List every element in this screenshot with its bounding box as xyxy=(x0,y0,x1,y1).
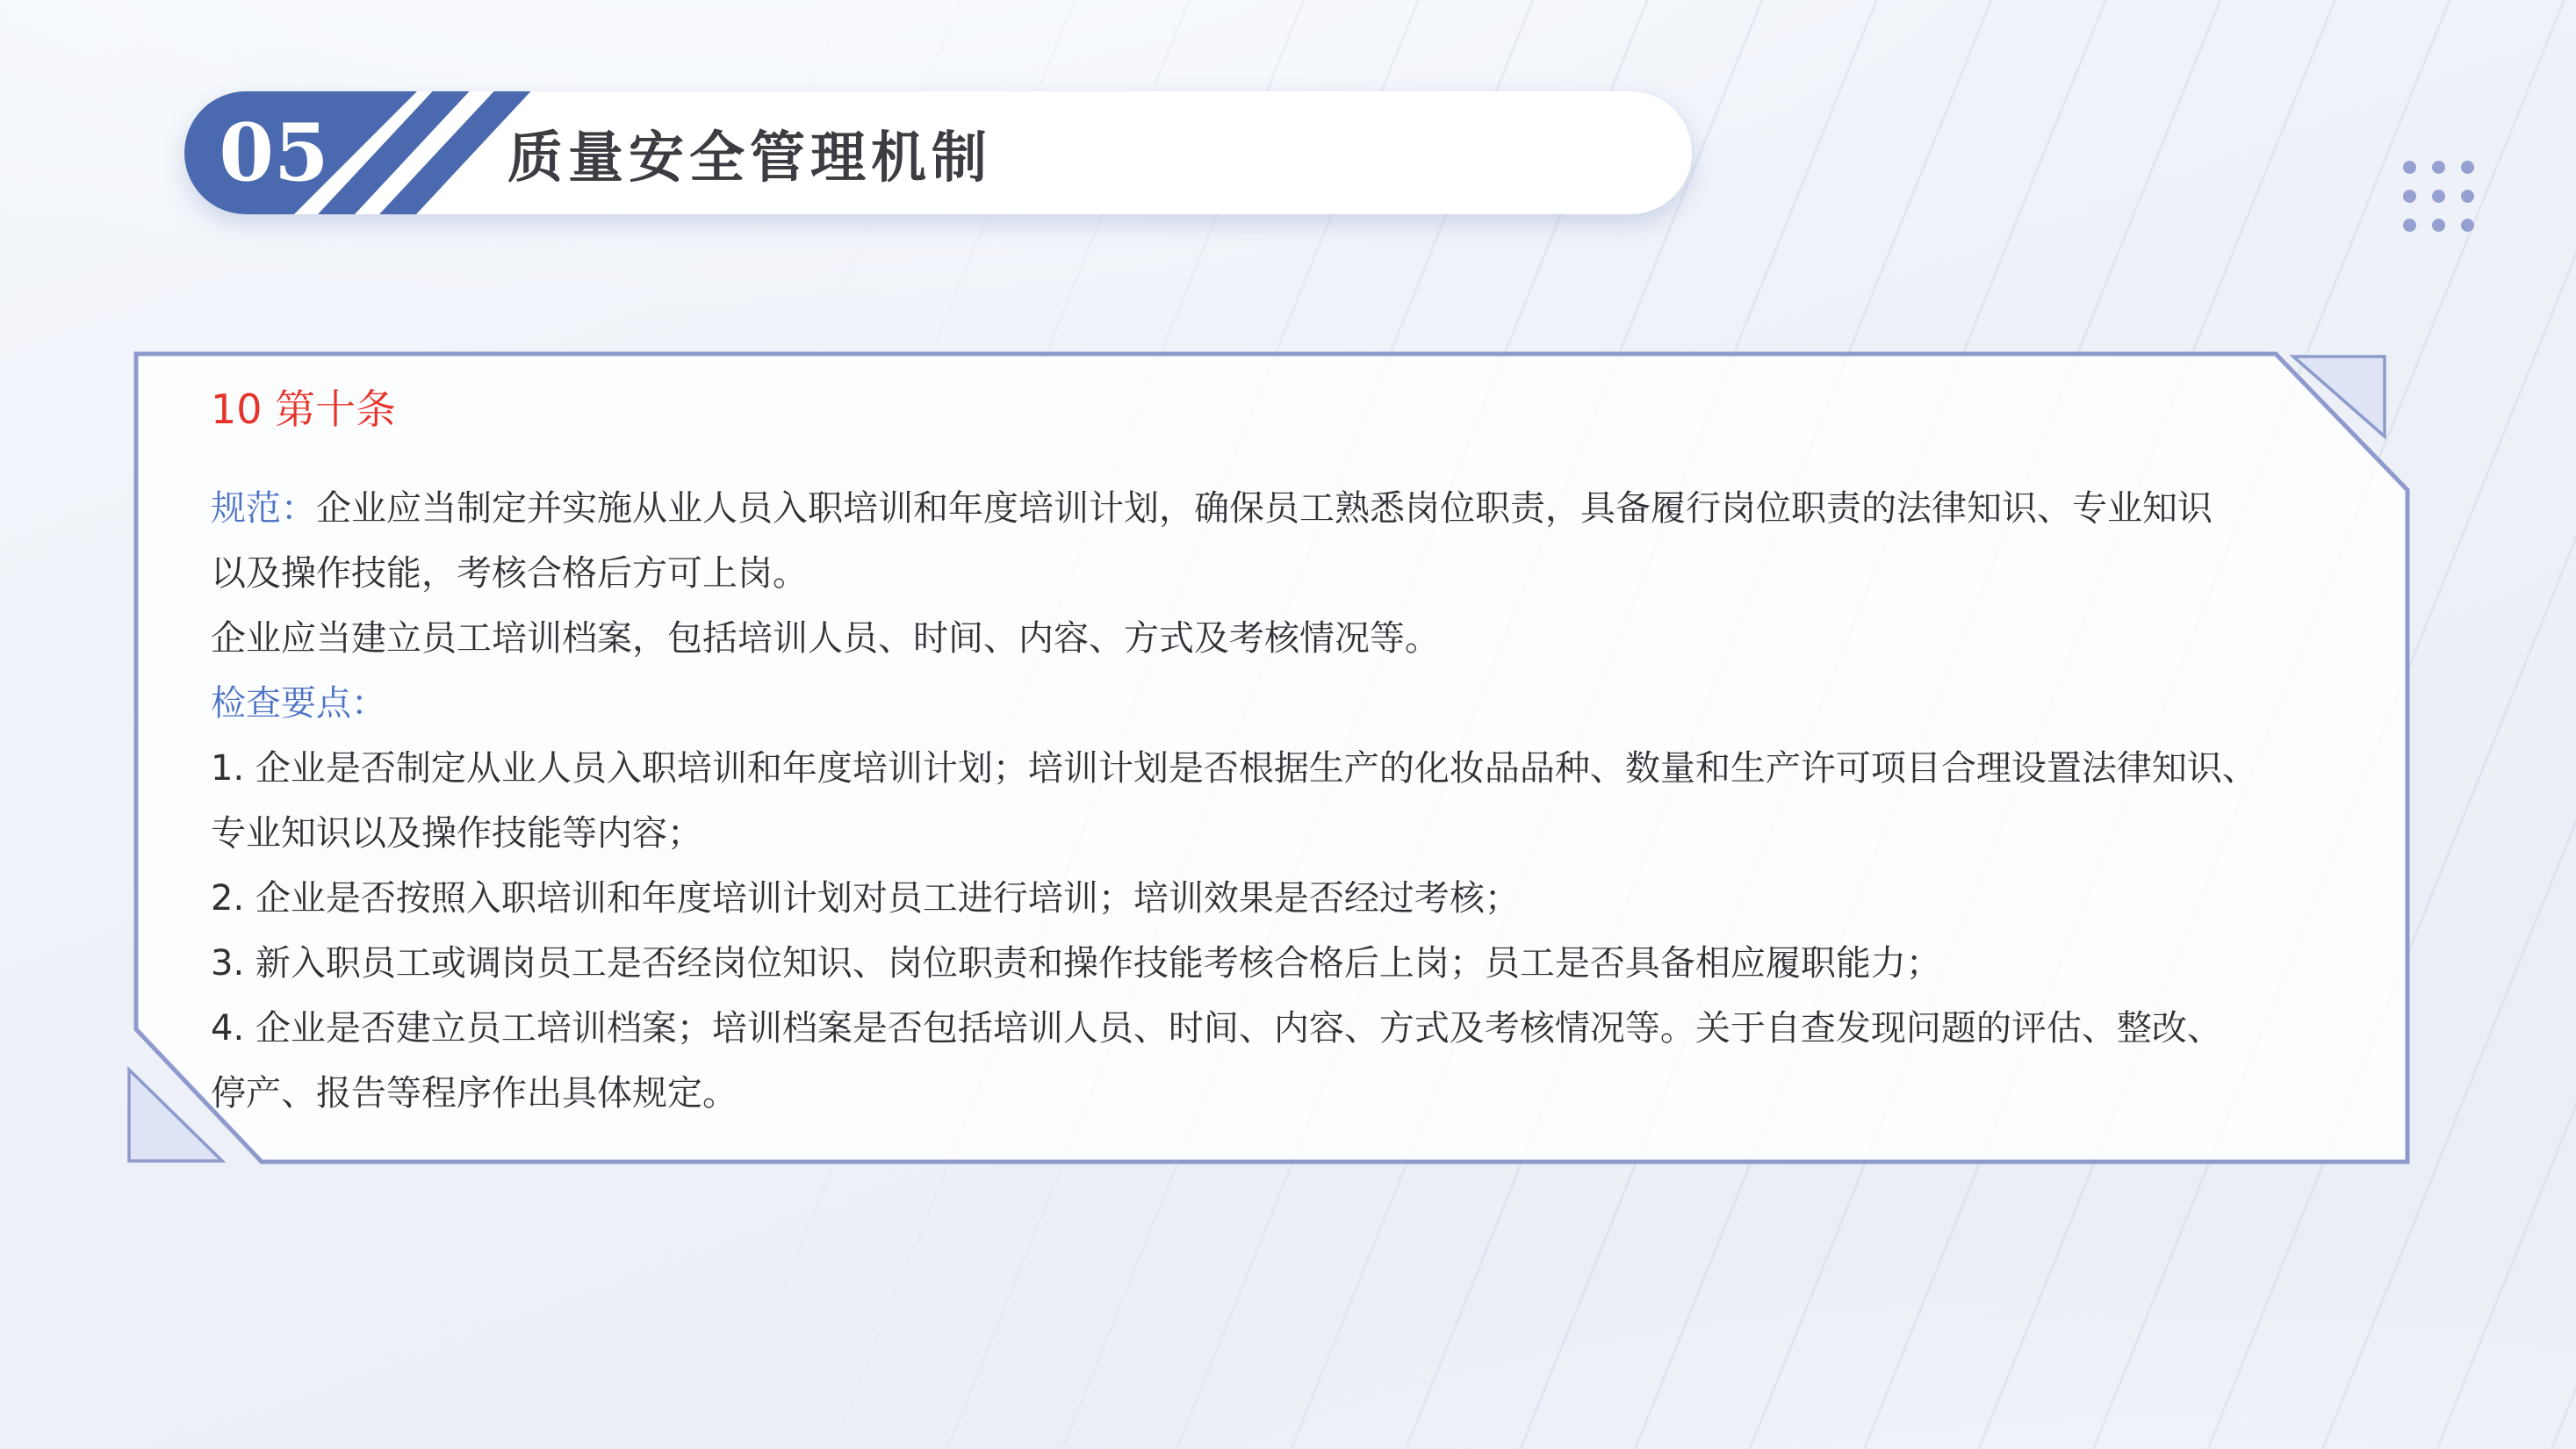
line-label: 规范： xyxy=(211,488,316,529)
line-text: 1. 企业是否制定从业人员入职培训和年度培训计划；培训计划是否根据生产的化妆品品… xyxy=(211,748,2257,789)
line-text: 以及操作技能，考核合格后方可上岗。 xyxy=(211,553,808,594)
article-heading: 10 第十条 xyxy=(211,378,2423,436)
line-text: 2. 企业是否按照入职培训和年度培训计划对员工进行培训；培训效果是否经过考核； xyxy=(211,878,1520,919)
line-text: 企业应当制定并实施从业人员入职培训和年度培训计划，确保员工熟悉岗位职责，具备履行… xyxy=(316,488,2213,529)
line-text: 停产、报告等程序作出具体规定。 xyxy=(211,1073,738,1114)
body-line: 3. 新入职员工或调岗员工是否经岗位知识、岗位职责和操作技能考核合格后上岗；员工… xyxy=(211,931,2423,996)
body-line: 以及操作技能，考核合格后方可上岗。 xyxy=(211,541,2423,606)
body-line: 停产、报告等程序作出具体规定。 xyxy=(211,1061,2423,1126)
line-text: 企业应当建立员工培训档案，包括培训人员、时间、内容、方式及考核情况等。 xyxy=(211,618,1440,659)
panel-content: 10 第十条 规范：企业应当制定并实施从业人员入职培训和年度培训计划，确保员工熟… xyxy=(211,378,2423,1126)
line-label: 检查要点： xyxy=(211,683,386,724)
body-line: 2. 企业是否按照入职培训和年度培训计划对员工进行培训；培训效果是否经过考核； xyxy=(211,866,2423,931)
line-text: 专业知识以及操作技能等内容； xyxy=(211,813,702,854)
line-text: 4. 企业是否建立员工培训档案；培训档案是否包括培训人员、时间、内容、方式及考核… xyxy=(211,1008,2222,1049)
body-line: 检查要点： xyxy=(211,671,2423,736)
body-line: 4. 企业是否建立员工培训档案；培训档案是否包括培训人员、时间、内容、方式及考核… xyxy=(211,996,2423,1061)
presentation-slide: 05 质量安全管理机制 10 第十条 规范：企业应当制定并实施从业人员入职培训和… xyxy=(0,0,2576,1449)
body-line: 专业知识以及操作技能等内容； xyxy=(211,801,2423,866)
line-text: 3. 新入职员工或调岗员工是否经岗位知识、岗位职责和操作技能考核合格后上岗；员工… xyxy=(211,943,1941,984)
body-line: 企业应当建立员工培训档案，包括培训人员、时间、内容、方式及考核情况等。 xyxy=(211,606,2423,671)
body-line: 1. 企业是否制定从业人员入职培训和年度培训计划；培训计划是否根据生产的化妆品品… xyxy=(211,736,2423,801)
body-line: 规范：企业应当制定并实施从业人员入职培训和年度培训计划，确保员工熟悉岗位职责，具… xyxy=(211,476,2423,541)
